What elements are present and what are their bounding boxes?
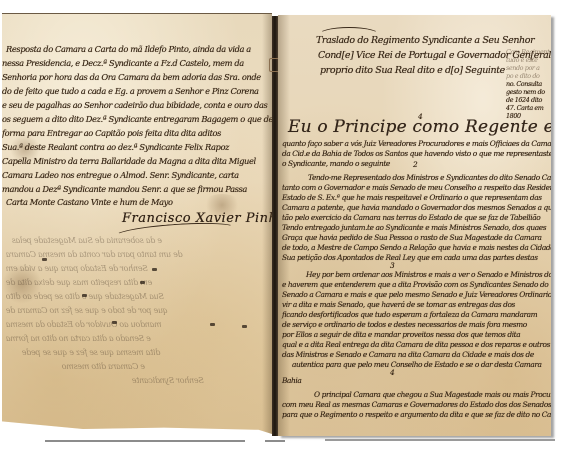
text-line: autentica para que pelo meu Conselho de … (292, 360, 542, 369)
bleed-through-line: e da soberania de Sua Magestade pelas (12, 236, 162, 245)
bleed-through-line: e Camara dito mesmo (62, 362, 145, 371)
bleed-through-line: mandou ao Ouvidor do Estado da mesma (6, 320, 162, 329)
text-line: Bahia (282, 376, 301, 385)
scan-edge (265, 440, 285, 442)
document-title-line: Traslado do Regimento Syndicante a Seu S… (316, 35, 534, 46)
ink-blot (82, 294, 87, 297)
text-line: do de feito que tudo a cada e Eg. a prov… (2, 86, 259, 96)
bleed-through-line: Senhor Syndicante (132, 376, 204, 385)
margin-note-line: gesto nem do (506, 88, 545, 96)
ink-blot (42, 258, 47, 261)
text-line: o Syndicante, mando o seguinte (282, 159, 390, 168)
text-line: forma para Entregar ao Capitão pois feit… (2, 128, 221, 138)
text-line: com meu Real as mesmas Camaras e Governa… (282, 400, 551, 409)
margin-note-line: 47. Carta em (506, 104, 543, 112)
text-line: de serviço e ordinario de todos e destes… (282, 320, 527, 329)
text-line: das Ministros e Senado e Camara na dita … (282, 350, 534, 359)
text-line: O principal Camara que chegou a Sua Mage… (314, 390, 551, 399)
text-line: por Ellos a seguir de dita e mandar prov… (282, 330, 520, 339)
text-line: qual e a dita Real entrega da dita Camar… (282, 340, 550, 349)
text-line: Camara a patente, que havia mandado o Go… (282, 203, 551, 212)
text-line: nessa Presidencia, e Decz.ª Syndicante a… (2, 58, 244, 68)
bleed-through-line: e Senado a dita carta no dito na forma (6, 334, 151, 343)
text-line: Graça que havia pedido de Sua Pessoa o r… (282, 233, 542, 242)
ink-blot (140, 281, 145, 284)
paragraph-number: 3 (390, 261, 394, 270)
text-line: Senhoria por hora das da Ora Camara da b… (2, 72, 261, 82)
text-line: Tendo entregado juntam.te ao Syndicante … (282, 223, 546, 232)
margin-note-line: no. Consulta (506, 80, 542, 88)
text-line: Senado a Camara e mais e que pelo mesmo … (282, 290, 551, 299)
opening-words: Eu o Principe como Regente e Governador … (288, 117, 551, 137)
text-line: para que o Regimento o respeito e argume… (282, 410, 551, 419)
margin-note-line: tudo e este (506, 56, 537, 64)
bleed-through-line: em dita respeito mas que deixa dita de (6, 278, 152, 287)
right-page: Traslado do Regimento Syndicante a Seu S… (278, 15, 551, 436)
text-line: Hey por bem ordenar aos Ministros e mais… (306, 270, 551, 279)
text-line: Carta Monte Castano Vinte e hum de Mayo (6, 197, 173, 207)
margin-note-line: po e dito do (506, 72, 540, 80)
margin-note-line: Com Regiment (506, 48, 549, 56)
text-line: Resposta do Camara a Carta do mã Ildefo … (6, 44, 251, 54)
document-title-line: proprio dito Sua Real dito e d[o] Seguin… (320, 65, 505, 76)
text-line: mandou a Dezª Syndicante mandou Senr. a … (2, 184, 247, 194)
margin-note-line: de 1624 dito (506, 96, 542, 104)
text-line: da Cid.e da Bahia de Todos os Santos que… (282, 149, 551, 158)
text-line: tanto com o Governador e mais Senado de … (282, 183, 551, 192)
text-line: Capella Ministro da terra Ballaridade da… (2, 156, 256, 166)
text-line: de todo, a Mestre de Campo Sendo a Relaç… (282, 243, 551, 252)
bleed-through-line: Senhor de Estado para que a vida em (6, 264, 148, 273)
text-line: Tendo-me Representado dos Ministros e Sy… (308, 173, 551, 182)
scan-edge (45, 440, 245, 442)
text-line: Sua petição dos Apontados de Real Ley qu… (282, 253, 538, 262)
scan-edge (325, 439, 555, 441)
text-line: Estado de S. Ex.ª que he mais respeitave… (282, 193, 542, 202)
text-line: vir a dita e mais Senado, que haverá de … (282, 300, 515, 309)
left-page: Resposta do Camara a Carta do mã Ildefo … (2, 13, 272, 434)
bleed-through-line: de um tanto para dar conta da mesma Cama… (6, 250, 183, 259)
bleed-through-line: dita mesma que se fez e que se pede (22, 348, 160, 357)
paragraph-number: 4 (390, 368, 394, 377)
ink-blot (152, 268, 157, 271)
margin-note-line: sendo por a (506, 64, 540, 72)
text-line: Sua.ª deste Realant contra ao dez.ª Synd… (2, 142, 229, 152)
text-line: quanto faço saber a vós Juiz Vereadores … (282, 139, 551, 148)
text-line: Camara Ladeo nos entregue o Almod. Senr.… (2, 170, 239, 180)
text-line: tão pelo exercicio da Camara nas terras … (282, 213, 540, 222)
ink-blot (112, 321, 117, 324)
text-line: os seguem a dito dito Dez.ª Syndicante e… (2, 114, 272, 124)
ink-blot (210, 323, 215, 326)
text-line: e haverem que entenderem que a dita Prov… (282, 280, 548, 289)
paragraph-number: 2 (413, 160, 417, 169)
bleed-through-line: que por de todo e que se fez no Camara d… (6, 306, 168, 315)
page-shadow (262, 14, 272, 434)
text-line: ficando desfortificados que tudo esperam… (282, 310, 537, 319)
manuscript-spread: Resposta do Camara a Carta do mã Ildefo … (0, 0, 566, 452)
ink-blot (242, 325, 247, 328)
text-line: e seu de pagalhas ao Senhor cadeirão dua… (2, 100, 267, 110)
